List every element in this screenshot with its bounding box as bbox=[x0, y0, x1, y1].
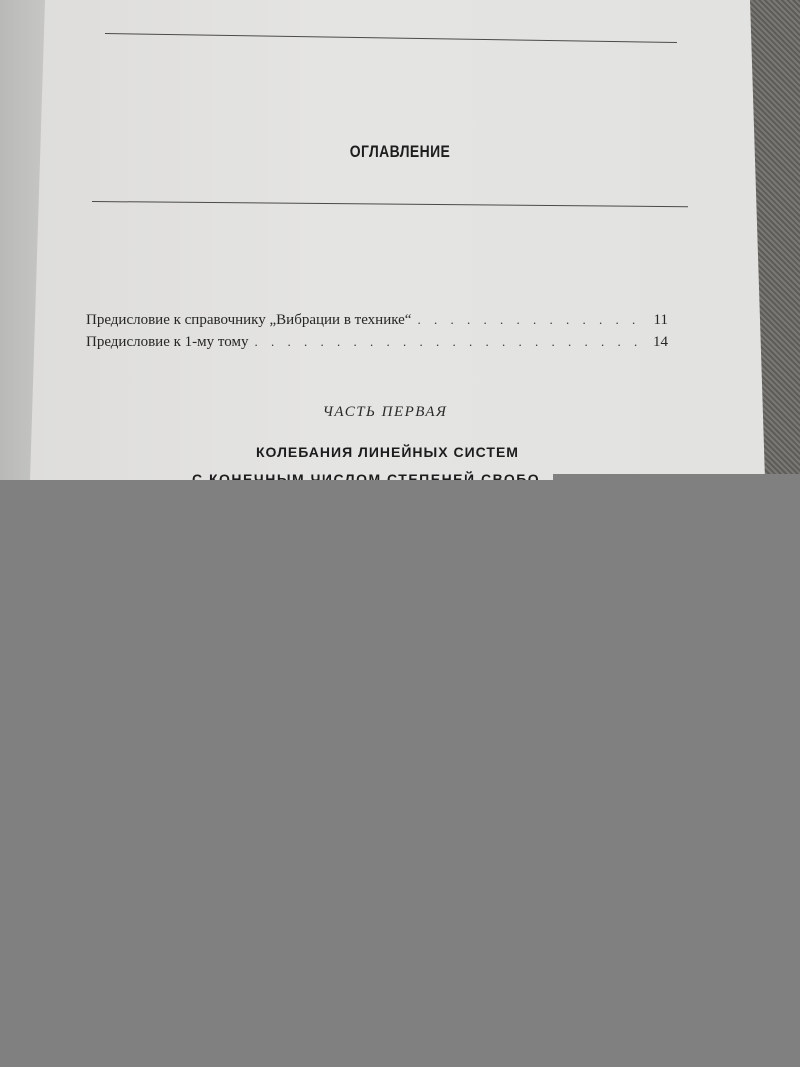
toc-entry-label: Предисловие к 1-му тому bbox=[86, 334, 254, 351]
part-title: КОЛЕБАНИЯ ЛИНЕЙНЫХ СИСТЕМ bbox=[0, 444, 775, 460]
table-of-contents: Предисловие к справочнику „Вибрации в те… bbox=[86, 312, 668, 356]
toc-leader-dots: . . . . . . . . . . . . . . . . . . . . … bbox=[254, 334, 638, 350]
toc-entry: Предисловие к 1-му тому . . . . . . . . … bbox=[86, 334, 668, 356]
toc-entry: Предисловие к справочнику „Вибрации в те… bbox=[86, 312, 668, 334]
page-title: ОГЛАВЛЕНИЕ bbox=[72, 142, 728, 162]
toc-entry-page: 14 bbox=[638, 334, 668, 351]
toc-entry-page: 11 bbox=[638, 312, 668, 329]
toc-leader-dots: . . . . . . . . . . . . . . . . . . . . … bbox=[417, 312, 638, 328]
toc-entry-label: Предисловие к справочнику „Вибрации в те… bbox=[86, 312, 417, 329]
occluding-block bbox=[0, 480, 800, 1067]
part-label: ЧАСТЬ ПЕРВАЯ bbox=[0, 404, 770, 421]
